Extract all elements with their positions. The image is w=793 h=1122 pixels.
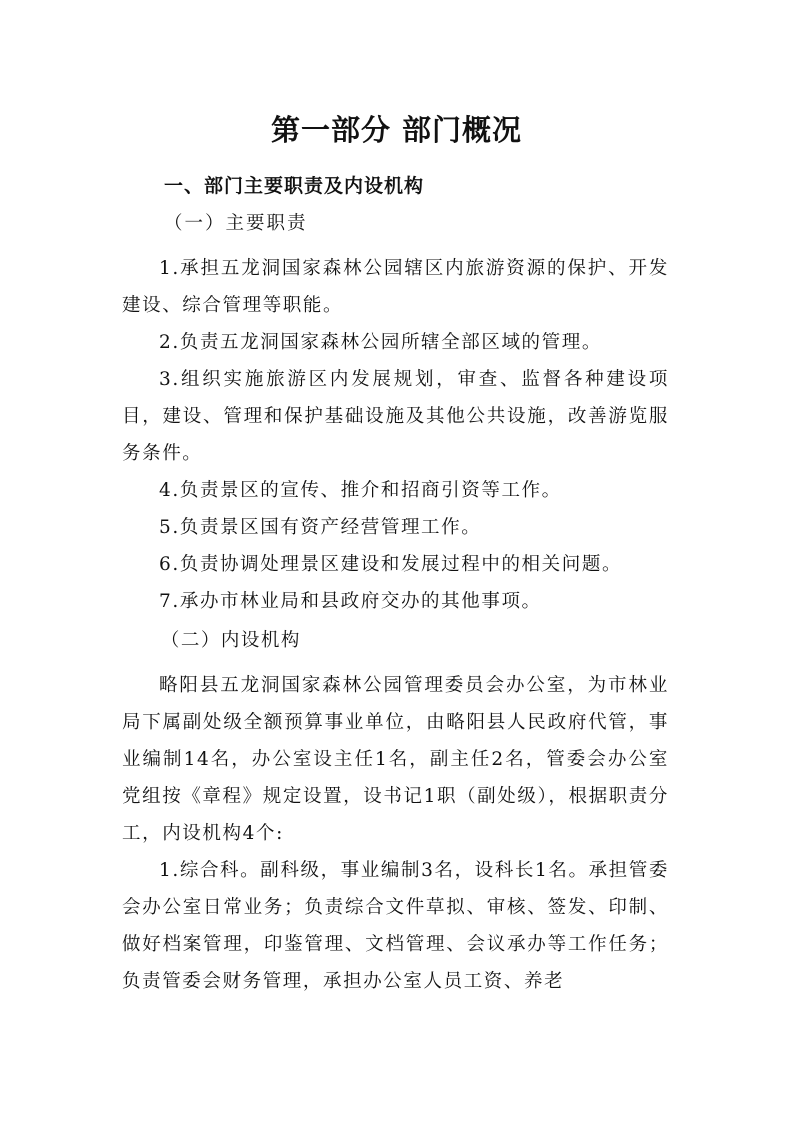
page-title: 第一部分 部门概况 (0, 108, 793, 149)
duty-item-7: 7.承办市林业局和县政府交办的其他事项。 (122, 583, 669, 620)
duty-item-1: 1.承担五龙洞国家森林公园辖区内旅游资源的保护、开发建设、综合管理等职能。 (122, 250, 669, 324)
duty-item-3: 3.组织实施旅游区内发展规划，审查、监督各种建设项目，建设、管理和保护基础设施及… (122, 361, 669, 472)
document-body: 1.承担五龙洞国家森林公园辖区内旅游资源的保护、开发建设、综合管理等职能。 2.… (122, 250, 669, 1000)
subsection-heading-duties: （一）主要职责 (164, 209, 308, 235)
duty-item-4: 4.负责景区的宣传、推介和招商引资等工作。 (122, 472, 669, 509)
duty-item-5: 5.负责景区国有资产经营管理工作。 (122, 509, 669, 546)
structure-intro: 略阳县五龙洞国家森林公园管理委员会办公室，为市林业局下属副处级全额预算事业单位，… (122, 667, 669, 852)
duty-item-6: 6.负责协调处理景区建设和发展过程中的相关问题。 (122, 546, 669, 583)
subsection-heading-structure: （二）内设机构 (118, 620, 669, 662)
section-heading: 一、部门主要职责及内设机构 (164, 171, 424, 198)
duty-item-2: 2.负责五龙洞国家森林公园所辖全部区域的管理。 (122, 324, 669, 361)
document-page: 第一部分 部门概况 一、部门主要职责及内设机构 （一）主要职责 1.承担五龙洞国… (0, 0, 793, 1122)
structure-item-1: 1.综合科。副科级，事业编制3名，设科长1名。承担管委会办公室日常业务；负责综合… (122, 852, 669, 1000)
